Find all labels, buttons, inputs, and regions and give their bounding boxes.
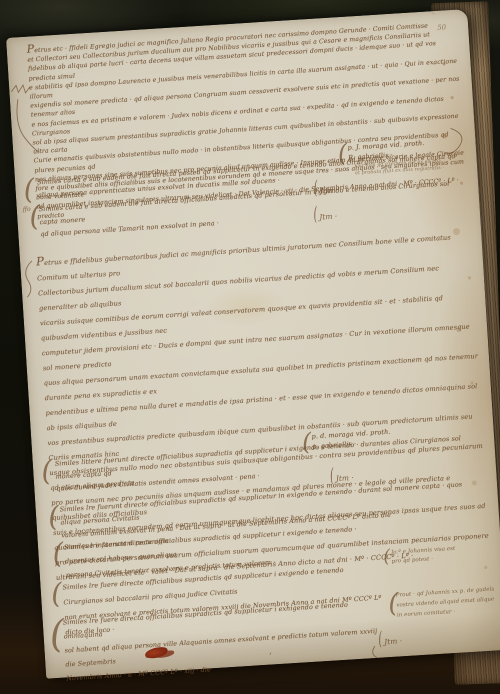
manuscript-photo: ” 50 Petrus etc · ffideli Egregio judici…: [0, 0, 500, 694]
item-mark: (Jtm ·: [330, 473, 354, 484]
paren-flourish: (: [330, 467, 335, 488]
item-label: Jtm ·: [384, 636, 402, 646]
paren-flourish: (: [40, 454, 53, 488]
item-mark: (Jtm ·: [378, 636, 402, 647]
paren-flourish: (: [47, 500, 60, 534]
paren-flourish: (: [378, 630, 383, 651]
margin-note: Prout · qd Johannis xx p. de gudels vost…: [395, 584, 500, 621]
paren-flourish: (: [50, 577, 63, 611]
manuscript-page: ” 50 Petrus etc · ffideli Egregio judici…: [6, 9, 500, 679]
item-mark: (Jtm ·: [314, 212, 338, 223]
pen-comma-mark: ,: [269, 647, 272, 657]
item-label: Jtm ·: [319, 212, 337, 222]
paren-flourish: (: [383, 546, 391, 567]
paren-flourish: (: [313, 205, 318, 226]
paren-flourish: (: [51, 536, 64, 570]
item-label: Jtm ·: [336, 473, 354, 483]
